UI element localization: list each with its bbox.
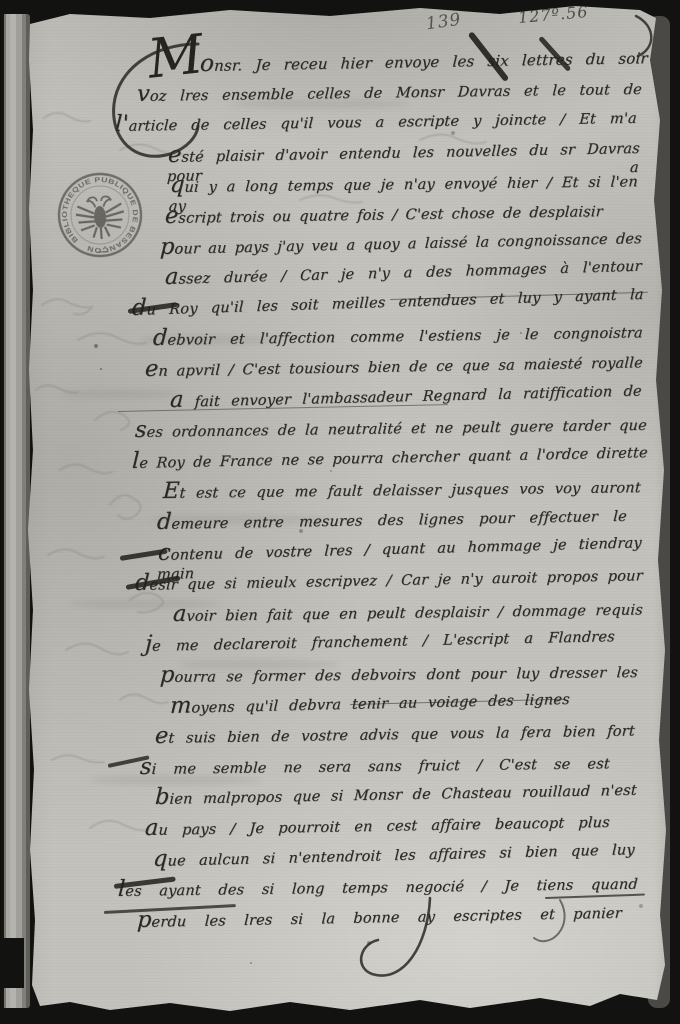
ink-smudge xyxy=(60,390,180,398)
manuscript-line: qui y a long temps que je n'ay envoyé hi… xyxy=(169,167,639,201)
manuscript-photo: 139 127º.56 BIBLIOTHEQUE PUBLIQUE DE BES… xyxy=(0,0,680,1024)
initial-letter: M xyxy=(145,27,206,86)
catalog-number: 127º.56 xyxy=(517,2,589,27)
manuscript-line: et suis bien de vostre advis que vous la… xyxy=(154,716,635,752)
gutter-notch xyxy=(0,938,24,988)
manuscript-line: onsr. Je receu hier envoye les six lettr… xyxy=(199,42,648,78)
manuscript-line: esté plaisir d'avoir entendu les nouvell… xyxy=(167,133,640,170)
library-stamp: BIBLIOTHEQUE PUBLIQUE DE BESANÇON xyxy=(51,166,149,264)
paper-specks xyxy=(0,0,2,2)
manuscript-line: perdu les lres si la bonne ay escriptes … xyxy=(136,897,622,934)
manuscript-page: 139 127º.56 BIBLIOTHEQUE PUBLIQUE DE BES… xyxy=(0,0,680,1024)
book-page-edges xyxy=(2,14,30,1008)
folio-number: 139 xyxy=(425,10,463,35)
double-headed-eagle-icon xyxy=(75,195,126,240)
stamp-ornament xyxy=(97,251,109,252)
